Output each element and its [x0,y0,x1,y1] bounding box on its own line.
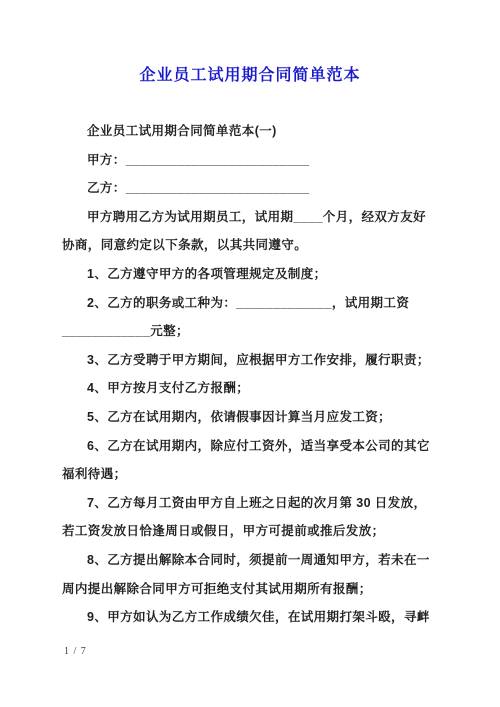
document-page: 企业员工试用期合同简单范本 企业员工试用期合同简单范本(一) 甲方：______… [0,0,500,707]
intro-paragraph: 甲方聘用乙方为试用期员工，试用期____个月，经双方友好协商，同意约定以下条款，… [62,203,438,260]
clause-8: 8、乙方提出解除本合同时，须提前一周通知甲方，若未在一周内提出解除合同甲方可拒绝… [62,546,438,603]
document-subtitle: 企业员工试用期合同简单范本(一) [62,117,438,146]
clause-1: 1、乙方遵守甲方的各项管理规定及制度； [62,260,438,289]
clause-7: 7、乙方每月工资由甲方自上班之日起的次月第 30 日发放，若工资发放日恰逢周日或… [62,489,438,546]
clause-5: 5、乙方在试用期内，依请假事因计算当月应发工资； [62,403,438,432]
document-body: 企业员工试用期合同简单范本(一) 甲方：____________________… [62,117,438,632]
party-b-line: 乙方：_________________________ [62,174,438,203]
clause-3: 3、乙方受聘于甲方期间，应根据甲方工作安排，履行职责； [62,346,438,375]
party-a-line: 甲方：_________________________ [62,146,438,175]
page-title: 企业员工试用期合同简单范本 [0,0,500,88]
clause-4: 4、甲方按月支付乙方报酬； [62,374,438,403]
clause-9: 9、甲方如认为乙方工作成绩欠佳，在试用期打架斗殴，寻衅 [62,603,438,632]
page-number-indicator: 1 / 7 [64,646,87,657]
clause-2: 2、乙方的职务或工种为：_____________，试用期工资_________… [62,289,438,346]
clause-6: 6、乙方在试用期内，除应付工资外，适当享受本公司的其它福利待遇； [62,432,438,489]
